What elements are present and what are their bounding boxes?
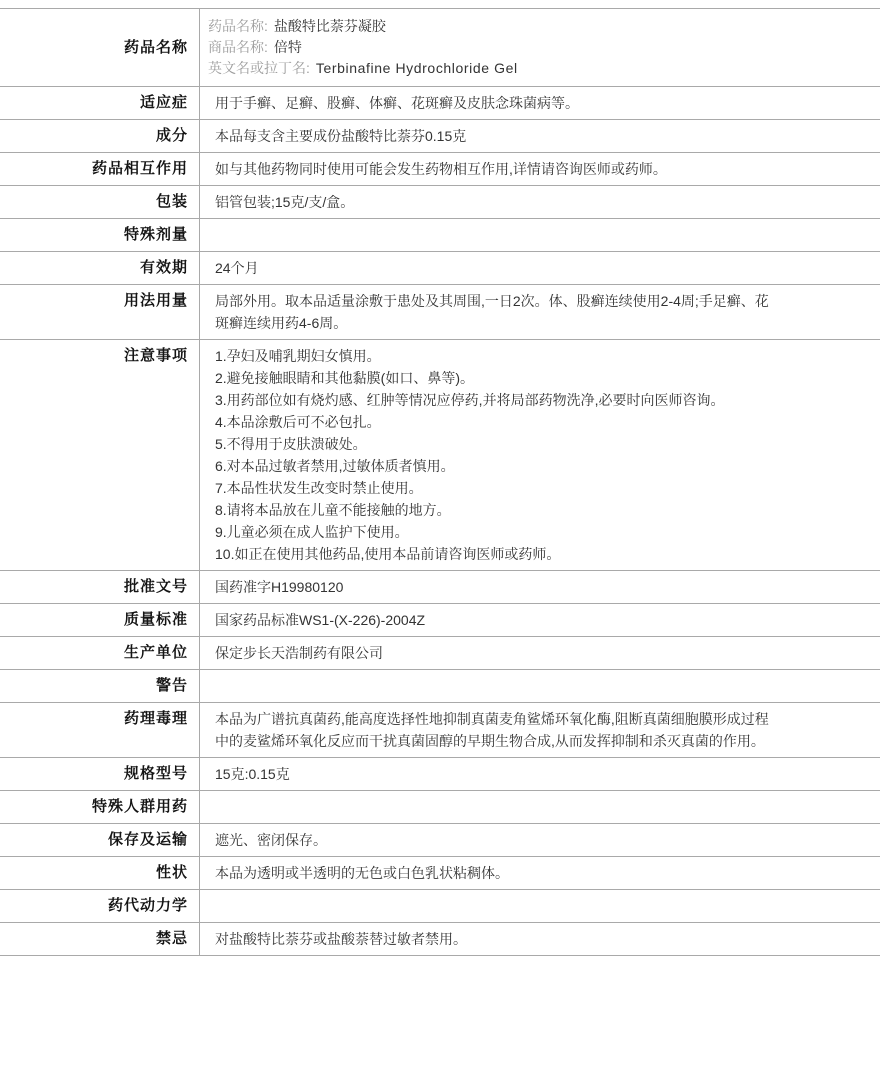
row-value: 用于手癣、足癣、股癣、体癣、花斑癣及皮肤念珠菌病等。 [200, 87, 880, 119]
row-value [200, 791, 880, 823]
row-label: 保存及运输 [0, 824, 200, 856]
row-value: 保定步长天浩制药有限公司 [200, 637, 880, 669]
subfield-line: 药品名称:盐酸特比萘芬凝胶 [208, 16, 860, 37]
row-label: 药理毒理 [0, 703, 200, 757]
table-row-warning: 警告 [0, 670, 880, 703]
row-label: 注意事项 [0, 340, 200, 570]
table-row-manufacturer: 生产单位 保定步长天浩制药有限公司 [0, 637, 880, 670]
table-row-special-dosage: 特殊剂量 [0, 219, 880, 252]
table-row-pharmacokinetics: 药代动力学 [0, 890, 880, 923]
row-label: 批准文号 [0, 571, 200, 603]
table-row-indications: 适应症 用于手癣、足癣、股癣、体癣、花斑癣及皮肤念珠菌病等。 [0, 87, 880, 120]
row-label: 特殊人群用药 [0, 791, 200, 823]
precaution-item: 9.儿童必须在成人监护下使用。 [215, 521, 770, 543]
row-label: 警告 [0, 670, 200, 702]
subfield-line: 商品名称:倍特 [208, 37, 860, 58]
precaution-item: 10.如正在使用其他药品,使用本品前请咨询医师或药师。 [215, 543, 770, 565]
row-value: 本品为透明或半透明的无色或白色乳状粘稠体。 [200, 857, 880, 889]
row-label: 用法用量 [0, 285, 200, 339]
row-value: 遮光、密闭保存。 [200, 824, 880, 856]
precaution-item: 1.孕妇及哺乳期妇女慎用。 [215, 345, 770, 367]
precaution-item: 8.请将本品放在儿童不能接触的地方。 [215, 499, 770, 521]
table-row-pharmacology: 药理毒理 本品为广谱抗真菌药,能高度选择性地抑制真菌麦角鲨烯环氧化酶,阻断真菌细… [0, 703, 880, 758]
row-label: 药品名称 [0, 9, 200, 86]
precaution-item: 2.避免接触眼睛和其他黏膜(如口、鼻等)。 [215, 367, 770, 389]
table-row-ingredients: 成分 本品每支含主要成份盐酸特比萘芬0.15克 [0, 120, 880, 153]
row-value: 局部外用。取本品适量涂敷于患处及其周围,一日2次。体、股癣连续使用2-4周;手足… [200, 285, 880, 339]
row-value: 15克:0.15克 [200, 758, 880, 790]
row-label: 禁忌 [0, 923, 200, 955]
table-row-contraindications: 禁忌 对盐酸特比萘芬或盐酸萘替过敏者禁用。 [0, 923, 880, 956]
row-label: 生产单位 [0, 637, 200, 669]
row-label: 有效期 [0, 252, 200, 284]
row-label: 质量标准 [0, 604, 200, 636]
row-value: 对盐酸特比萘芬或盐酸萘替过敏者禁用。 [200, 923, 880, 955]
table-row-dosage: 用法用量 局部外用。取本品适量涂敷于患处及其周围,一日2次。体、股癣连续使用2-… [0, 285, 880, 340]
row-value: 国家药品标准WS1-(X-226)-2004Z [200, 604, 880, 636]
table-row-precautions: 注意事项 1.孕妇及哺乳期妇女慎用。 2.避免接触眼睛和其他黏膜(如口、鼻等)。… [0, 340, 880, 571]
drug-info-table: 药品名称 药品名称:盐酸特比萘芬凝胶 商品名称:倍特 英文名或拉丁名:Terbi… [0, 8, 880, 956]
row-value: 本品为广谱抗真菌药,能高度选择性地抑制真菌麦角鲨烯环氧化酶,阻断真菌细胞膜形成过… [200, 703, 880, 757]
precaution-item: 6.对本品过敏者禁用,过敏体质者慎用。 [215, 455, 770, 477]
row-label: 特殊剂量 [0, 219, 200, 251]
table-row-specification: 规格型号 15克:0.15克 [0, 758, 880, 791]
subfield-value: 倍特 [274, 39, 302, 55]
subfield-label: 商品名称: [208, 39, 274, 55]
row-label: 药品相互作用 [0, 153, 200, 185]
subfield-value: Terbinafine Hydrochloride Gel [316, 60, 518, 76]
row-label: 性状 [0, 857, 200, 889]
row-value [200, 219, 880, 251]
row-label: 规格型号 [0, 758, 200, 790]
row-label: 包装 [0, 186, 200, 218]
precaution-item: 4.本品涂敷后可不必包扎。 [215, 411, 770, 433]
subfield-value: 盐酸特比萘芬凝胶 [274, 18, 386, 34]
table-row-description: 性状 本品为透明或半透明的无色或白色乳状粘稠体。 [0, 857, 880, 890]
row-value: 本品每支含主要成份盐酸特比萘芬0.15克 [200, 120, 880, 152]
precaution-item: 5.不得用于皮肤溃破处。 [215, 433, 770, 455]
row-value: 国药准字H19980120 [200, 571, 880, 603]
table-row-storage: 保存及运输 遮光、密闭保存。 [0, 824, 880, 857]
subfield-line: 英文名或拉丁名:Terbinafine Hydrochloride Gel [208, 58, 860, 79]
row-label: 药代动力学 [0, 890, 200, 922]
table-row-packaging: 包装 铝管包装;15克/支/盒。 [0, 186, 880, 219]
table-row-approval-number: 批准文号 国药准字H19980120 [0, 571, 880, 604]
row-value [200, 890, 880, 922]
row-label: 成分 [0, 120, 200, 152]
row-value: 24个月 [200, 252, 880, 284]
table-row-drug-name: 药品名称 药品名称:盐酸特比萘芬凝胶 商品名称:倍特 英文名或拉丁名:Terbi… [0, 9, 880, 87]
subfield-label: 英文名或拉丁名: [208, 60, 316, 76]
row-value: 铝管包装;15克/支/盒。 [200, 186, 880, 218]
table-row-quality-standard: 质量标准 国家药品标准WS1-(X-226)-2004Z [0, 604, 880, 637]
precaution-item: 7.本品性状发生改变时禁止使用。 [215, 477, 770, 499]
row-label: 适应症 [0, 87, 200, 119]
drug-name-fields: 药品名称:盐酸特比萘芬凝胶 商品名称:倍特 英文名或拉丁名:Terbinafin… [200, 9, 880, 86]
precaution-item: 3.用药部位如有烧灼感、红肿等情况应停药,并将局部药物洗净,必要时向医师咨询。 [215, 389, 770, 411]
row-value: 如与其他药物同时使用可能会发生药物相互作用,详情请咨询医师或药师。 [200, 153, 880, 185]
table-row-shelf-life: 有效期 24个月 [0, 252, 880, 285]
subfield-label: 药品名称: [208, 18, 274, 34]
precautions-list: 1.孕妇及哺乳期妇女慎用。 2.避免接触眼睛和其他黏膜(如口、鼻等)。 3.用药… [200, 340, 880, 570]
row-value [200, 670, 880, 702]
table-row-special-populations: 特殊人群用药 [0, 791, 880, 824]
table-row-interactions: 药品相互作用 如与其他药物同时使用可能会发生药物相互作用,详情请咨询医师或药师。 [0, 153, 880, 186]
